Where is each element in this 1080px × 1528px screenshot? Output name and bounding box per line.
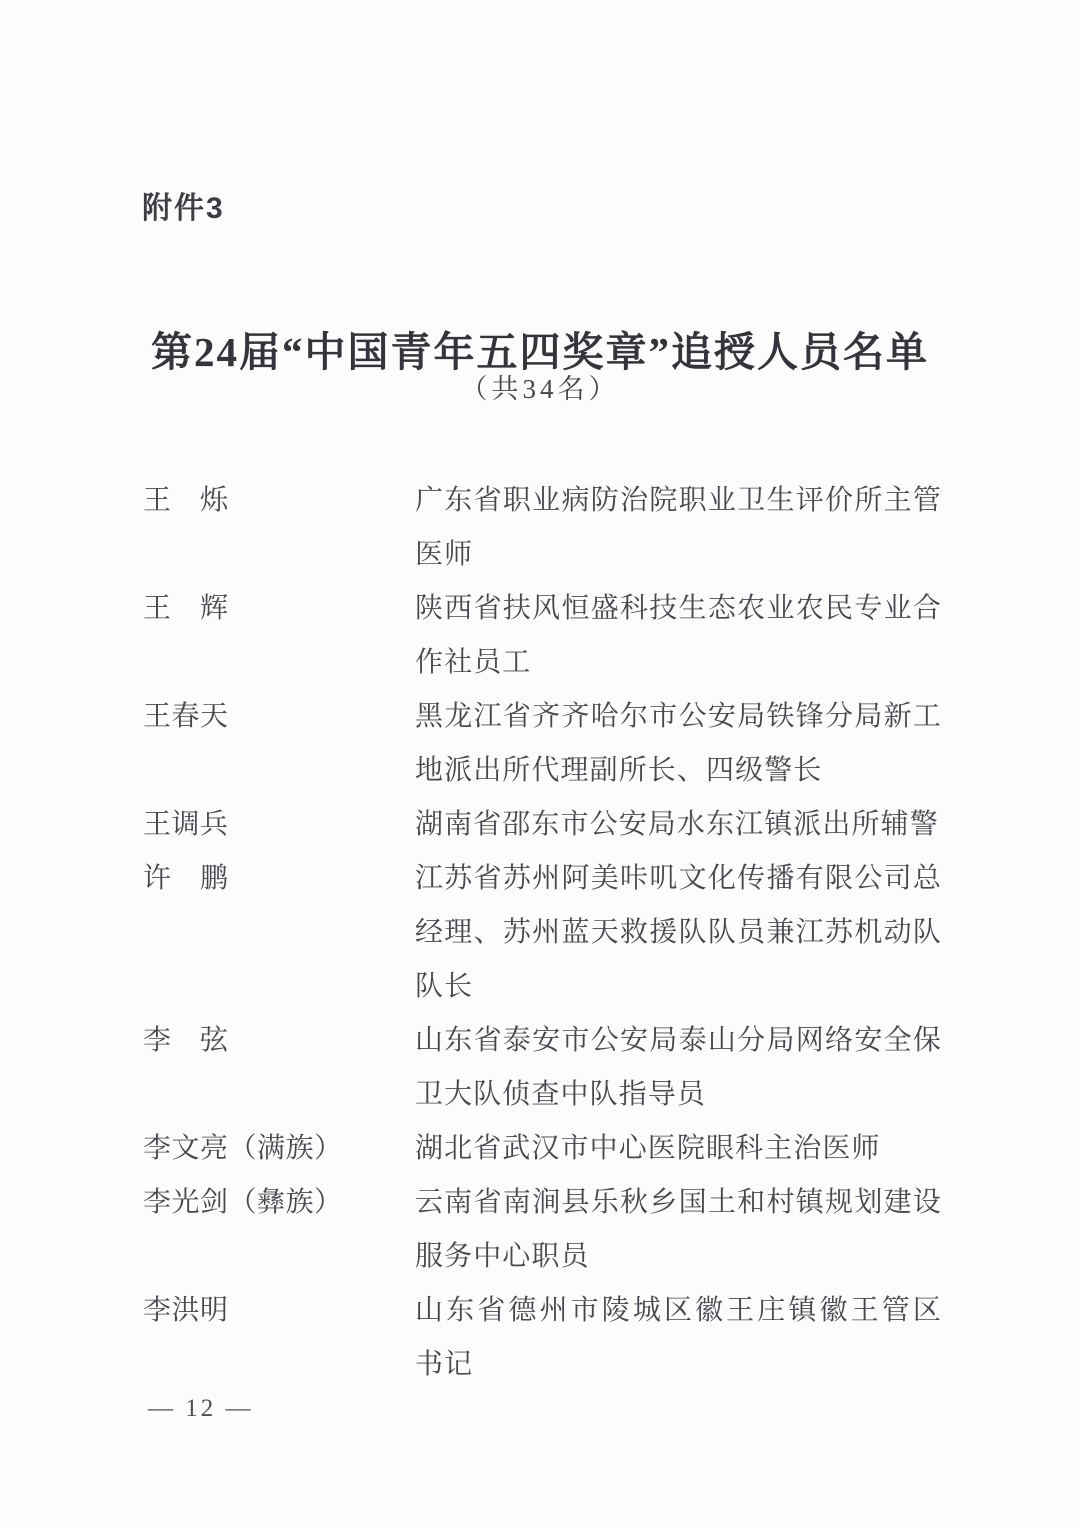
list-item: 李 弦 山东省泰安市公安局泰山分局网络安全保卫大队侦查中队指导员	[143, 1014, 943, 1122]
list-item: 李洪明 山东省德州市陵城区徽王庄镇徽王管区书记	[143, 1284, 943, 1392]
awardee-description: 湖南省邵东市公安局水东江镇派出所辅警	[415, 798, 942, 852]
desc-line: 江苏省苏州阿美咔叽文化传播有限公司总	[415, 852, 942, 906]
awardee-name: 李 弦	[143, 1014, 415, 1068]
desc-line: 云南省南涧县乐秋乡国土和村镇规划建设	[415, 1176, 942, 1230]
list-item: 王 烁 广东省职业病防治院职业卫生评价所主管医师	[143, 474, 943, 582]
desc-line: 队长	[415, 960, 942, 1014]
awardee-name: 许 鹏	[143, 852, 415, 906]
desc-line: 湖北省武汉市中心医院眼科主治医师	[415, 1122, 942, 1176]
desc-line: 服务中心职员	[415, 1230, 942, 1284]
desc-line: 广东省职业病防治院职业卫生评价所主管	[415, 474, 942, 528]
desc-line: 陕西省扶风恒盛科技生态农业农民专业合	[415, 582, 942, 636]
desc-line: 黑龙江省齐齐哈尔市公安局铁锋分局新工	[415, 690, 942, 744]
list-item: 王 辉 陕西省扶风恒盛科技生态农业农民专业合作社员工	[143, 582, 943, 690]
desc-line: 地派出所代理副所长、四级警长	[415, 744, 942, 798]
desc-line: 湖南省邵东市公安局水东江镇派出所辅警	[415, 798, 942, 852]
awardee-name: 王 烁	[143, 474, 415, 528]
attachment-label: 附件3	[142, 190, 225, 228]
awardee-description: 陕西省扶风恒盛科技生态农业农民专业合作社员工	[415, 582, 942, 690]
list-item: 李光剑（彝族） 云南省南涧县乐秋乡国土和村镇规划建设服务中心职员	[143, 1176, 943, 1284]
awardee-description: 湖北省武汉市中心医院眼科主治医师	[415, 1122, 942, 1176]
desc-line: 经理、苏州蓝天救援队队员兼江苏机动队	[415, 906, 942, 960]
list-item: 许 鹏 江苏省苏州阿美咔叽文化传播有限公司总经理、苏州蓝天救援队队员兼江苏机动队…	[143, 852, 943, 1014]
awardee-description: 黑龙江省齐齐哈尔市公安局铁锋分局新工地派出所代理副所长、四级警长	[415, 690, 942, 798]
awardee-description: 广东省职业病防治院职业卫生评价所主管医师	[415, 474, 942, 582]
awardee-name: 王调兵	[143, 798, 415, 852]
awardee-description: 山东省泰安市公安局泰山分局网络安全保卫大队侦查中队指导员	[415, 1014, 942, 1122]
document-page: 附件3 第24届“中国青年五四奖章”追授人员名单 （共34名） 王 烁 广东省职…	[0, 0, 1080, 1528]
awardee-list: 王 烁 广东省职业病防治院职业卫生评价所主管医师 王 辉 陕西省扶风恒盛科技生态…	[143, 474, 943, 1392]
awardee-name: 李洪明	[143, 1284, 415, 1338]
awardee-name: 王 辉	[143, 582, 415, 636]
list-item: 李文亮（满族） 湖北省武汉市中心医院眼科主治医师	[143, 1122, 943, 1176]
document-subtitle: （共34名）	[0, 371, 1080, 407]
desc-line: 医师	[415, 528, 942, 582]
awardee-name: 李光剑（彝族）	[143, 1176, 415, 1230]
awardee-description: 云南省南涧县乐秋乡国土和村镇规划建设服务中心职员	[415, 1176, 942, 1284]
page-number: — 12 —	[148, 1392, 254, 1426]
list-item: 王春天 黑龙江省齐齐哈尔市公安局铁锋分局新工地派出所代理副所长、四级警长	[143, 690, 943, 798]
desc-line: 山东省泰安市公安局泰山分局网络安全保	[415, 1014, 942, 1068]
desc-line: 书记	[415, 1338, 942, 1392]
list-item: 王调兵 湖南省邵东市公安局水东江镇派出所辅警	[143, 798, 943, 852]
awardee-name: 李文亮（满族）	[143, 1122, 415, 1176]
awardee-description: 江苏省苏州阿美咔叽文化传播有限公司总经理、苏州蓝天救援队队员兼江苏机动队队长	[415, 852, 942, 1014]
desc-line: 山东省德州市陵城区徽王庄镇徽王管区	[415, 1284, 942, 1338]
awardee-description: 山东省德州市陵城区徽王庄镇徽王管区书记	[415, 1284, 942, 1392]
awardee-name: 王春天	[143, 690, 415, 744]
desc-line: 卫大队侦查中队指导员	[415, 1068, 942, 1122]
desc-line: 作社员工	[415, 636, 942, 690]
